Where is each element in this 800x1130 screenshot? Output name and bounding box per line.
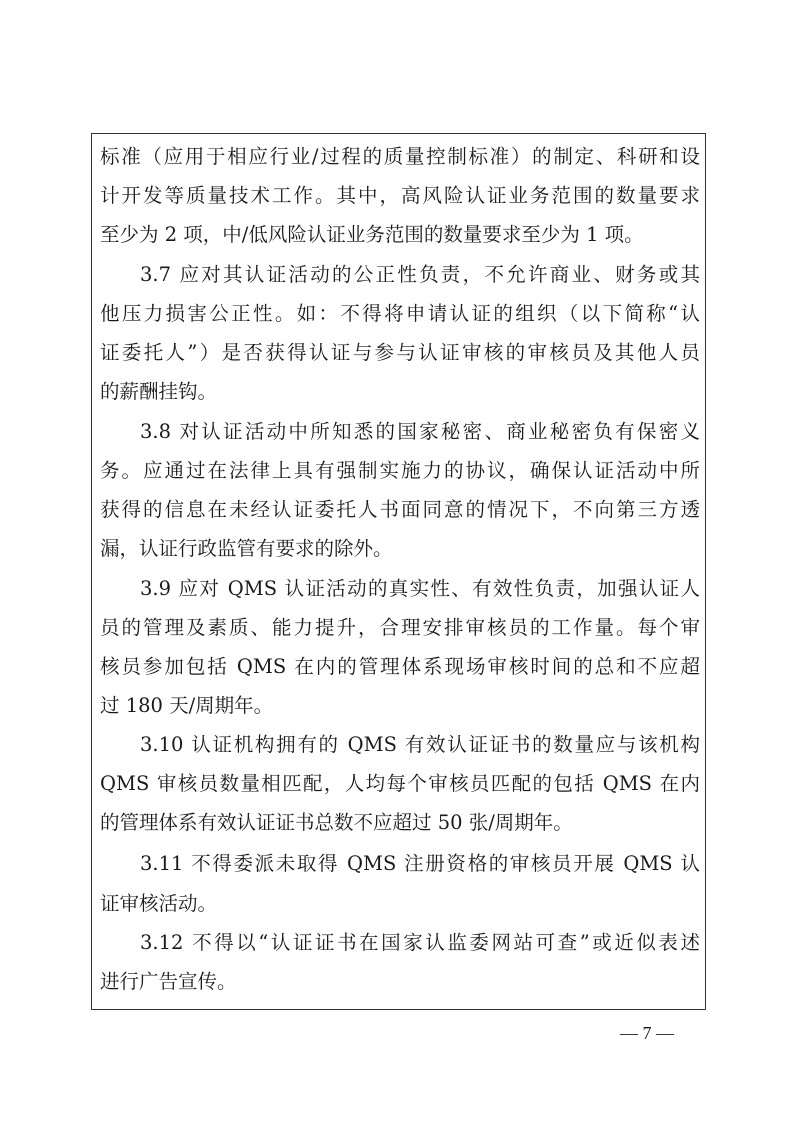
clause-3-8-heading-line: 3.8 对认证活动中所知悉的国家秘密、商业秘密负有保密义 (140, 412, 700, 451)
text-line: 证审核活动。 (100, 884, 700, 923)
text-line: 计开发等质量技术工作。其中，高风险认证业务范围的数量要求 (100, 176, 700, 215)
text-line: 至少为 2 项，中/低风险认证业务范围的数量要求至少为 1 项。 (100, 215, 700, 254)
clause-3-10-heading-line: 3.10 认证机构拥有的 QMS 有效认证证书的数量应与该机构 (140, 725, 700, 764)
text-line: 他压力损害公正性。如：不得将申请认证的组织（以下简称“认 (100, 294, 700, 333)
clause-3-7-heading-line: 3.7 应对其认证活动的公正性负责，不允许商业、财务或其 (140, 255, 700, 294)
text-line: 标准（应用于相应行业/过程的质量控制标准）的制定、科研和设 (100, 137, 700, 176)
text-line: 核员参加包括 QMS 在内的管理体系现场审核时间的总和不应超 (100, 647, 700, 686)
text-line: 的管理体系有效认证证书总数不应超过 50 张/周期年。 (100, 803, 700, 842)
text-line: 进行广告宣传。 (100, 962, 700, 1001)
text-line: 务。应通过在法律上具有强制实施力的协议，确保认证活动中所 (100, 451, 700, 490)
text-line: 的薪酬挂钩。 (100, 372, 700, 411)
text-line: 过 180 天/周期年。 (100, 686, 700, 725)
clause-3-9-heading-line: 3.9 应对 QMS 认证活动的真实性、有效性负责，加强认证人 (140, 569, 700, 608)
text-line: 获得的信息在未经认证委托人书面同意的情况下，不向第三方透 (100, 490, 700, 529)
clause-3-11-heading-line: 3.11 不得委派未取得 QMS 注册资格的审核员开展 QMS 认 (140, 844, 700, 883)
text-line: 证委托人”）是否获得认证与参与认证审核的审核员及其他人员 (100, 333, 700, 372)
text-line: 漏，认证行政监管有要求的除外。 (100, 529, 700, 568)
clause-3-12-heading-line: 3.12 不得以“认证证书在国家认监委网站可查”或近似表述 (140, 923, 700, 962)
page-number: — 7 — (620, 1018, 674, 1048)
text-line: 员的管理及素质、能力提升，合理安排审核员的工作量。每个审 (100, 608, 700, 647)
text-line: QMS 审核员数量相匹配，人均每个审核员匹配的包括 QMS 在内 (100, 764, 700, 803)
